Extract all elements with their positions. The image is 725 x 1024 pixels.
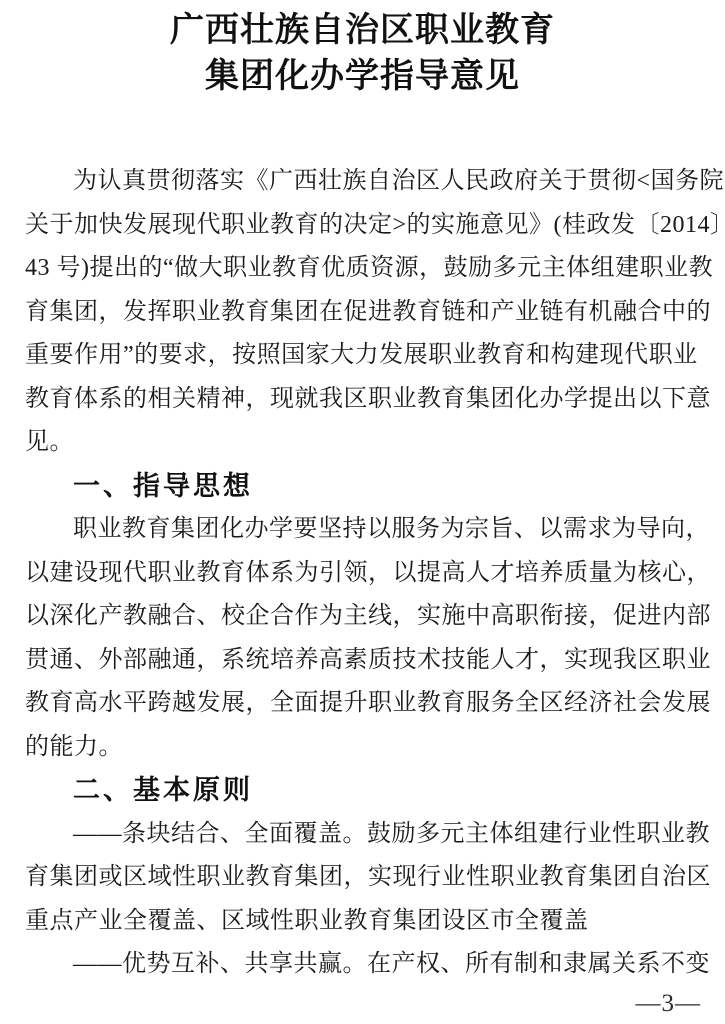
- page-number: —3—: [636, 990, 702, 1018]
- text-line: 以深化产教融合、校企合作为主线，实施中高职衔接，促进内部: [25, 595, 700, 639]
- document-body: 为认真贯彻落实《广西壮族自治区人民政府关于贯彻<国务院关于加快发展现代职业教育的…: [0, 160, 725, 987]
- paragraph: 职业教育集团化办学要坚持以服务为宗旨、以需求为导向，以建设现代职业教育体系为引领…: [25, 508, 700, 769]
- text-line: 重点产业全覆盖、区域性职业教育集团设区市全覆盖: [25, 900, 700, 944]
- text-line: 育集团，发挥职业教育集团在促进教育链和产业链有机融合中的: [25, 291, 700, 335]
- paragraph: 为认真贯彻落实《广西壮族自治区人民政府关于贯彻<国务院关于加快发展现代职业教育的…: [25, 160, 700, 465]
- text-line: 重要作用”的要求，按照国家大力发展职业教育和构建现代职业: [25, 334, 700, 378]
- text-line: 的能力。: [25, 726, 700, 770]
- document-page: 广西壮族自治区职业教育 集团化办学指导意见 为认真贯彻落实《广西壮族自治区人民政…: [0, 0, 725, 1024]
- title-line-2: 集团化办学指导意见: [0, 54, 725, 100]
- text-line: 见。: [25, 421, 700, 465]
- document-title: 广西壮族自治区职业教育 集团化办学指导意见: [0, 0, 725, 100]
- title-line-1: 广西壮族自治区职业教育: [0, 8, 725, 54]
- text-line: 以建设现代职业教育体系为引领，以提高人才培养质量为核心，: [25, 552, 700, 596]
- text-line: 育集团或区域性职业教育集团，实现行业性职业教育集团自治区: [25, 856, 700, 900]
- section-heading: 二、基本原则: [25, 769, 700, 813]
- text-line: 43 号)提出的“做大职业教育优质资源，鼓励多元主体组建职业教: [25, 247, 700, 291]
- text-line: 教育高水平跨越发展，全面提升职业教育服务全区经济社会发展: [25, 682, 700, 726]
- text-line: 关于加快发展现代职业教育的决定>的实施意见》(桂政发〔2014〕: [25, 204, 700, 248]
- text-line: ——条块结合、全面覆盖。鼓励多元主体组建行业性职业教: [25, 813, 700, 857]
- text-line: 教育体系的相关精神，现就我区职业教育集团化办学提出以下意: [25, 378, 700, 422]
- paragraph: ——优势互补、共享共赢。在产权、所有制和隶属关系不变: [25, 943, 700, 987]
- section-heading: 一、指导思想: [25, 465, 700, 509]
- text-line: 职业教育集团化办学要坚持以服务为宗旨、以需求为导向，: [25, 508, 700, 552]
- paragraph: ——条块结合、全面覆盖。鼓励多元主体组建行业性职业教育集团或区域性职业教育集团，…: [25, 813, 700, 944]
- text-line: 为认真贯彻落实《广西壮族自治区人民政府关于贯彻<国务院: [25, 160, 700, 204]
- text-line: ——优势互补、共享共赢。在产权、所有制和隶属关系不变: [25, 943, 700, 987]
- text-line: 贯通、外部融通，系统培养高素质技术技能人才，实现我区职业: [25, 639, 700, 683]
